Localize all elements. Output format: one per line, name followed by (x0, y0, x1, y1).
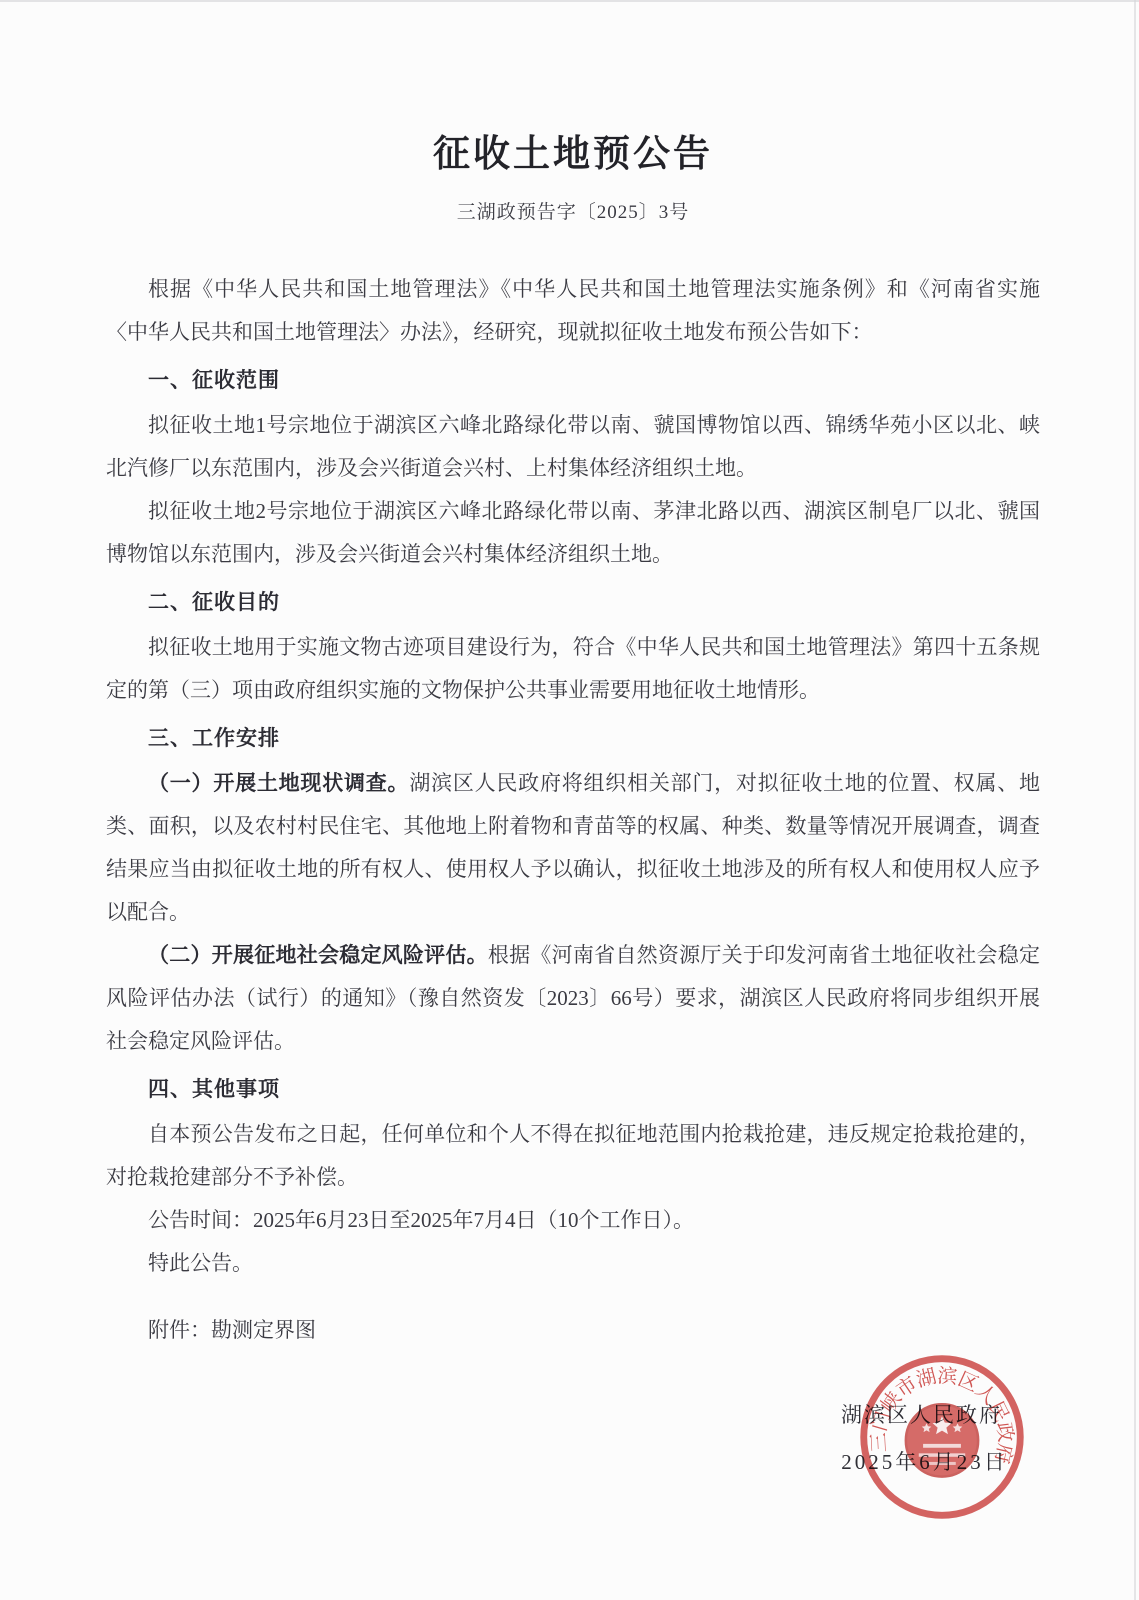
document-body: 根据《中华人民共和国土地管理法》《中华人民共和国土地管理法实施条例》和《河南省实… (106, 268, 1040, 1352)
section-4-paragraph-1: 自本预公告发布之日起，任何单位和个人不得在拟征地范围内抢栽抢建，违反规定抢栽抢建… (106, 1113, 1040, 1199)
section-3-paragraph-1: （一）开展土地现状调查。湖滨区人民政府将组织相关部门，对拟征收土地的位置、权属、… (106, 762, 1040, 934)
paragraph-lead: （一）开展土地现状调查。 (148, 772, 409, 795)
announcement-page: 征收土地预公告 三湖政预告字〔2025〕3号 根据《中华人民共和国土地管理法》《… (0, 0, 1139, 1600)
signature-block: 湖滨区人民政府 2025年6月23日 (841, 1402, 1008, 1475)
document-content: 征收土地预公告 三湖政预告字〔2025〕3号 根据《中华人民共和国土地管理法》《… (106, 0, 1040, 1352)
intro-paragraph: 根据《中华人民共和国土地管理法》《中华人民共和国土地管理法实施条例》和《河南省实… (106, 268, 1040, 354)
page-right-edge (1134, 0, 1136, 1600)
paragraph-lead: （二）开展征地社会稳定风险评估。 (148, 944, 488, 967)
section-2-paragraph-1: 拟征收土地用于实施文物古迹项目建设行为，符合《中华人民共和国土地管理法》第四十五… (106, 626, 1040, 712)
section-1-paragraph-1: 拟征收土地1号宗地位于湖滨区六峰北路绿化带以南、虢国博物馆以西、锦绣华苑小区以北… (106, 404, 1040, 490)
signature-date: 2025年6月23日 (841, 1449, 1008, 1475)
announcement-period-line: 公告时间：2025年6月23日至2025年7月4日（10个工作日）。 (106, 1199, 1040, 1242)
document-number: 三湖政预告字〔2025〕3号 (106, 200, 1040, 226)
section-2-heading: 二、征收目的 (106, 581, 1040, 624)
signature-issuer: 湖滨区人民政府 (841, 1402, 1008, 1428)
page-title: 征收土地预公告 (106, 130, 1040, 180)
section-3-paragraph-2: （二）开展征地社会稳定风险评估。根据《河南省自然资源厅关于印发河南省土地征收社会… (106, 934, 1040, 1063)
section-1-paragraph-2: 拟征收土地2号宗地位于湖滨区六峰北路绿化带以南、茅津北路以西、湖滨区制皂厂以北、… (106, 490, 1040, 576)
section-1-heading: 一、征收范围 (106, 359, 1040, 402)
section-4-heading: 四、其他事项 (106, 1068, 1040, 1111)
section-3-heading: 三、工作安排 (106, 717, 1040, 760)
attachment-line: 附件：勘测定界图 (106, 1309, 1040, 1352)
closing-line: 特此公告。 (106, 1242, 1040, 1285)
